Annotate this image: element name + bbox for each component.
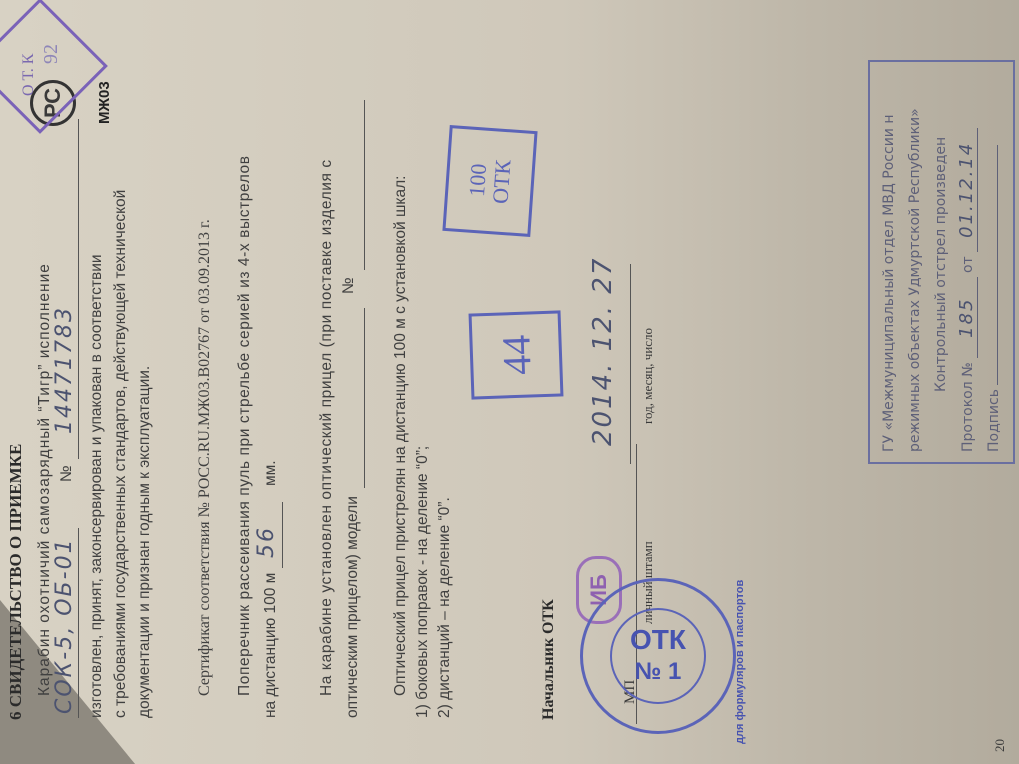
dispersion-value-handwritten: 56	[254, 526, 279, 558]
protocol-row: Протокол № 185 от 01.12.14	[954, 72, 981, 452]
variant-handwritten: СОК-5, ОБ-01	[52, 537, 77, 714]
zeroing-line1: Оптический прицел пристрелян на дистанци…	[392, 176, 410, 697]
police-stamp-line1: ГУ «Межмуниципальный отдел МВД России н	[876, 72, 902, 452]
page-number: 20	[992, 739, 1008, 752]
scope-model-underline	[364, 308, 365, 488]
dispersion-underline	[282, 502, 283, 568]
signature-label: Подпись	[986, 389, 1002, 452]
police-control-stamp: ГУ «Межмуниципальный отдел МВД России н …	[868, 60, 1015, 464]
otk-diamond-number: 92	[40, 44, 63, 64]
acceptance-date-handwritten: 2014. 12. 27	[588, 257, 618, 446]
otk-stamp-100: 100 ОТК	[442, 125, 537, 237]
protocol-number-handwritten: 185	[956, 278, 978, 358]
protocol-date-handwritten: 01.12.14	[956, 128, 978, 252]
protocol-label: Протокол №	[960, 362, 976, 452]
signature-row: Подпись	[981, 72, 1007, 452]
scope-line1: На карабине установлен оптический прицел…	[318, 159, 336, 696]
scope-number-underline	[364, 100, 365, 270]
otk-round-stamp: ОТК № 1	[580, 578, 736, 734]
serial-number-label: №	[58, 465, 76, 482]
certification-code: МЖ03	[96, 81, 113, 124]
passport-page: 6 СВИДЕТЕЛЬСТВО О ПРИЕМКЕ Карабин охотни…	[0, 0, 1019, 764]
police-stamp-line2: режимных объектах Удмуртской Республики»	[902, 72, 928, 452]
inspector-stamp-44: 44	[469, 310, 564, 399]
dispersion-line1: Поперечник рассеивания пуль при стрельбе…	[236, 155, 254, 696]
carbine-description-line4: документации и признан годным к эксплуат…	[136, 366, 154, 718]
otk-diamond-stamp	[0, 0, 108, 134]
zeroing-item2: 2) дистанций – на деление “0”.	[436, 497, 454, 718]
scope-line2: оптическим прицелом) модели	[344, 496, 362, 718]
carbine-description-line2: изготовлен, принят, законсервирован и уп…	[88, 254, 106, 718]
carbine-description-line3: с требованиями государственных стандарто…	[112, 190, 130, 718]
certificate-line: Сертификат соответствия № POCC.RU.МЖ03.В…	[196, 219, 214, 696]
date-caption: год, месяц, число	[640, 328, 656, 424]
police-stamp-line3: Контрольный отстрел произведен	[928, 72, 954, 452]
section-title: 6 СВИДЕТЕЛЬСТВО О ПРИЕМКЕ	[6, 444, 26, 720]
dispersion-unit: мм.	[262, 460, 280, 486]
police-signature-line	[997, 145, 998, 385]
serial-underline	[78, 119, 79, 459]
variant-underline	[78, 528, 79, 718]
scope-number-label: №	[340, 277, 358, 294]
serial-number-handwritten: 14471783	[52, 306, 77, 434]
otk-chief-title: Начальник ОТК	[540, 599, 558, 720]
date-underline	[630, 264, 631, 464]
round-stamp-inner-ring	[610, 608, 706, 704]
dispersion-line2: на дистанцию 100 м	[262, 573, 280, 718]
otk-diamond-text: О Т. К	[20, 54, 38, 96]
protocol-from-label: от	[960, 256, 976, 273]
zeroing-item1: 1) боковых поправок - на деление “0”;	[414, 446, 432, 718]
round-stamp-ring-text: для формуляров и паспортов	[734, 580, 746, 744]
